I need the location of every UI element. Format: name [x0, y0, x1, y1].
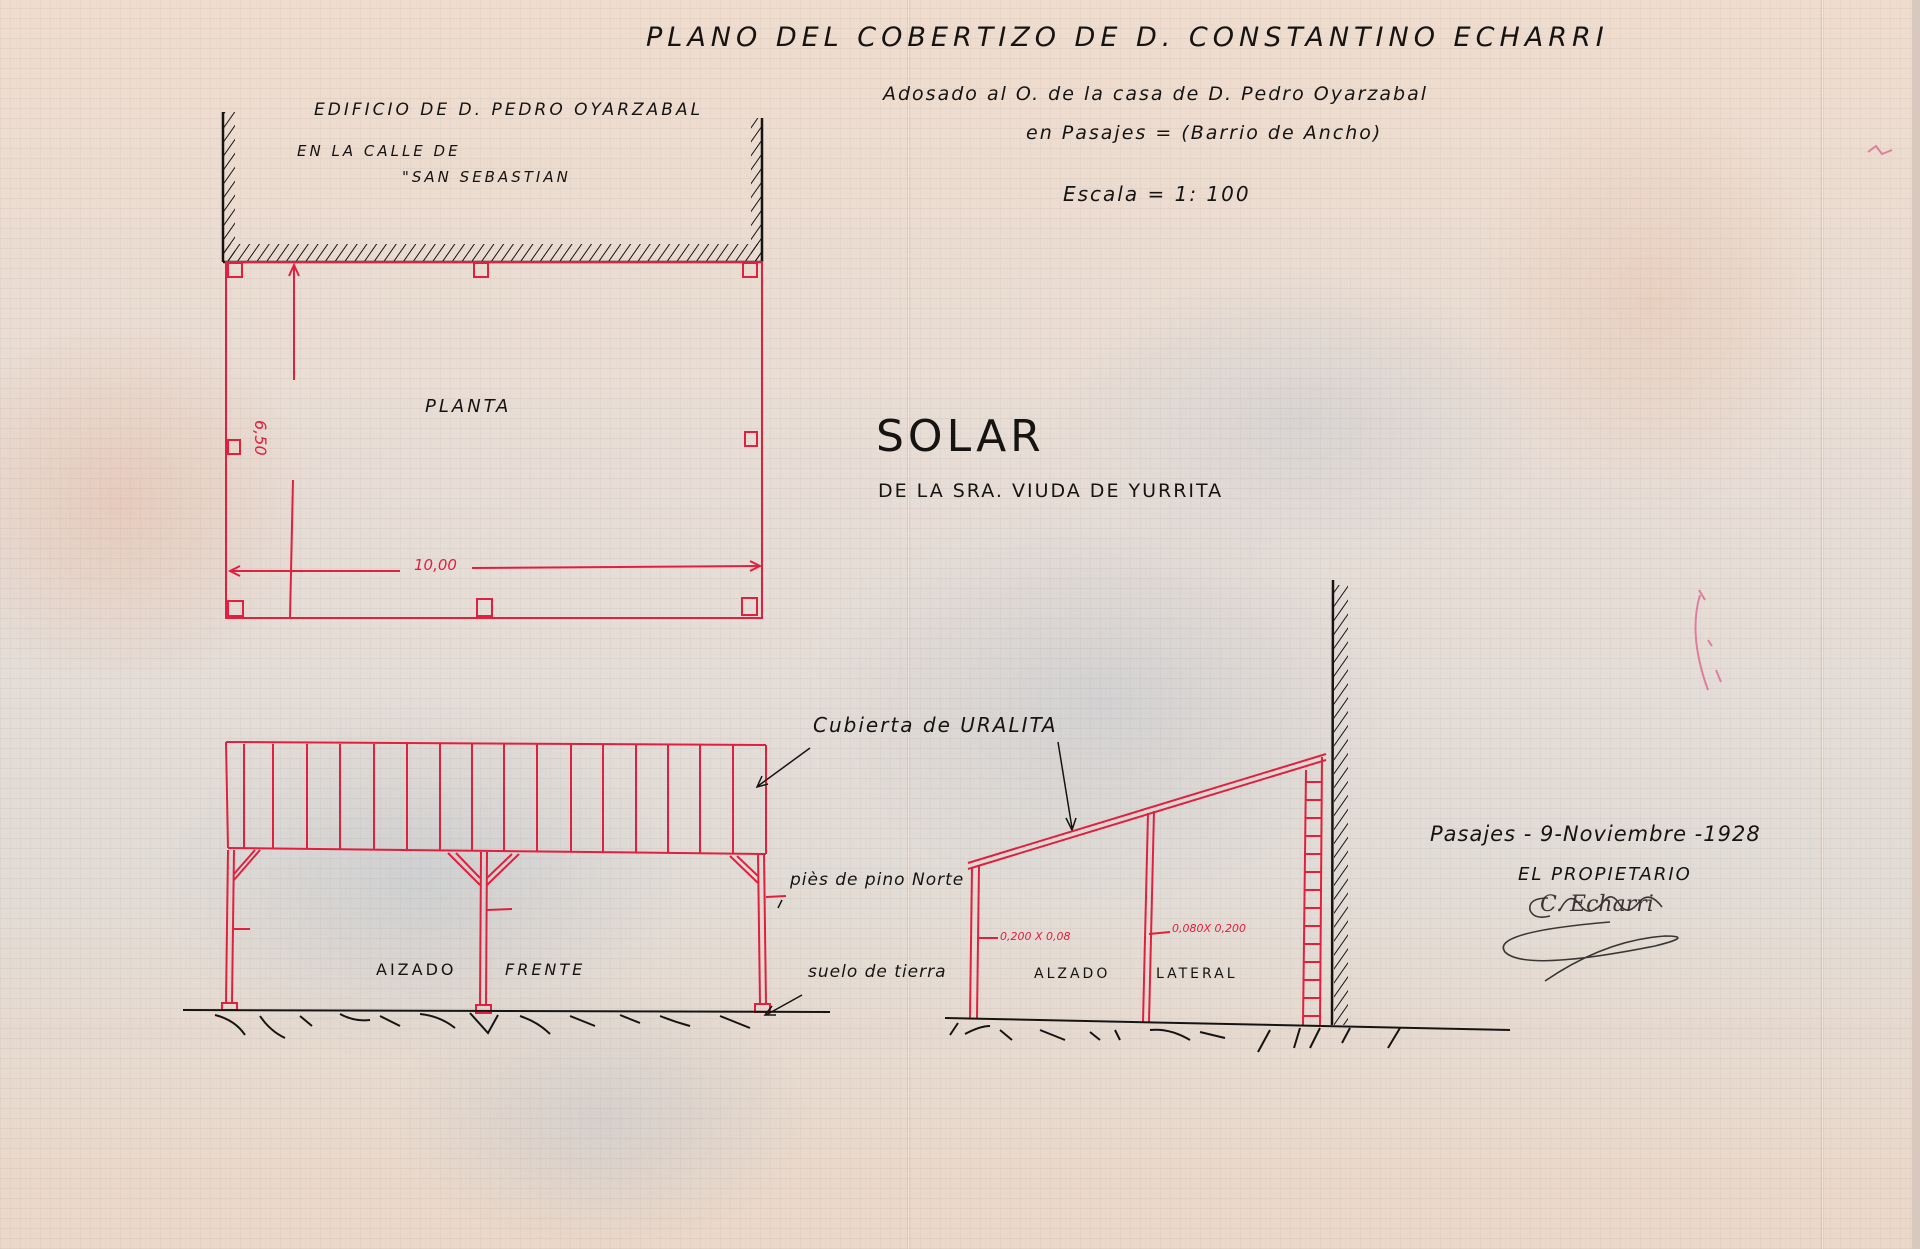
side-elevation-label-right: LATERAL: [1156, 966, 1238, 982]
scale-label: Escala = 1: 100: [1063, 182, 1251, 206]
neighbor-building-wall: [223, 112, 762, 262]
subtitle-line-1: Adosado al O. de la casa de D. Pedro Oya…: [883, 83, 1428, 105]
front-ground-line: [183, 1010, 830, 1038]
plan-label: PLANTA: [425, 396, 511, 417]
neighbor-building-label: EDIFICIO DE D. PEDRO OYARZABAL: [314, 100, 703, 120]
side-ground-line: [945, 1018, 1510, 1052]
place-and-date: Pasajes - 9-Noviembre -1928: [1430, 822, 1761, 846]
plan-width-dimension: 10,00: [414, 556, 457, 574]
solar-owner: DE LA SRA. VIUDA DE YURRITA: [878, 480, 1223, 502]
side-elevation: [968, 754, 1326, 1025]
neighbor-street-name: "SAN SEBASTIAN: [402, 168, 571, 186]
posts-material-note: piès de pino Norte: [790, 870, 964, 890]
owner-role-label: EL PROPIETARIO: [1518, 864, 1692, 885]
side-post-dimension-1: 0,200 X 0,08: [1000, 930, 1071, 943]
side-post-dimension-2: 0,080X 0,200: [1172, 922, 1246, 935]
side-elevation-label-left: ALZADO: [1034, 966, 1110, 982]
document-title: PLANO DEL COBERTIZO DE D. CONSTANTINO EC…: [646, 22, 1609, 53]
roof-material-note: Cubierta de URALITA: [813, 713, 1058, 737]
neighbor-street-label: EN LA CALLE DE: [297, 142, 461, 160]
architectural-drawing: [0, 0, 1920, 1249]
plan-outline: [226, 262, 762, 618]
side-wall: [1332, 580, 1348, 1025]
front-elevation-label-right: FRENTE: [505, 960, 585, 979]
front-elevation: [222, 742, 786, 1013]
floor-material-note: suelo de tierra: [808, 962, 947, 982]
owner-signature: C. Echarri: [1540, 892, 1654, 917]
front-elevation-label-left: AIZADO: [376, 960, 456, 979]
faded-stamp: [1696, 146, 1893, 690]
subtitle-line-2: en Pasajes = (Barrio de Ancho): [1026, 122, 1382, 144]
solar-label: SOLAR: [876, 411, 1045, 462]
plan-depth-dimension: 6,50: [251, 420, 270, 456]
